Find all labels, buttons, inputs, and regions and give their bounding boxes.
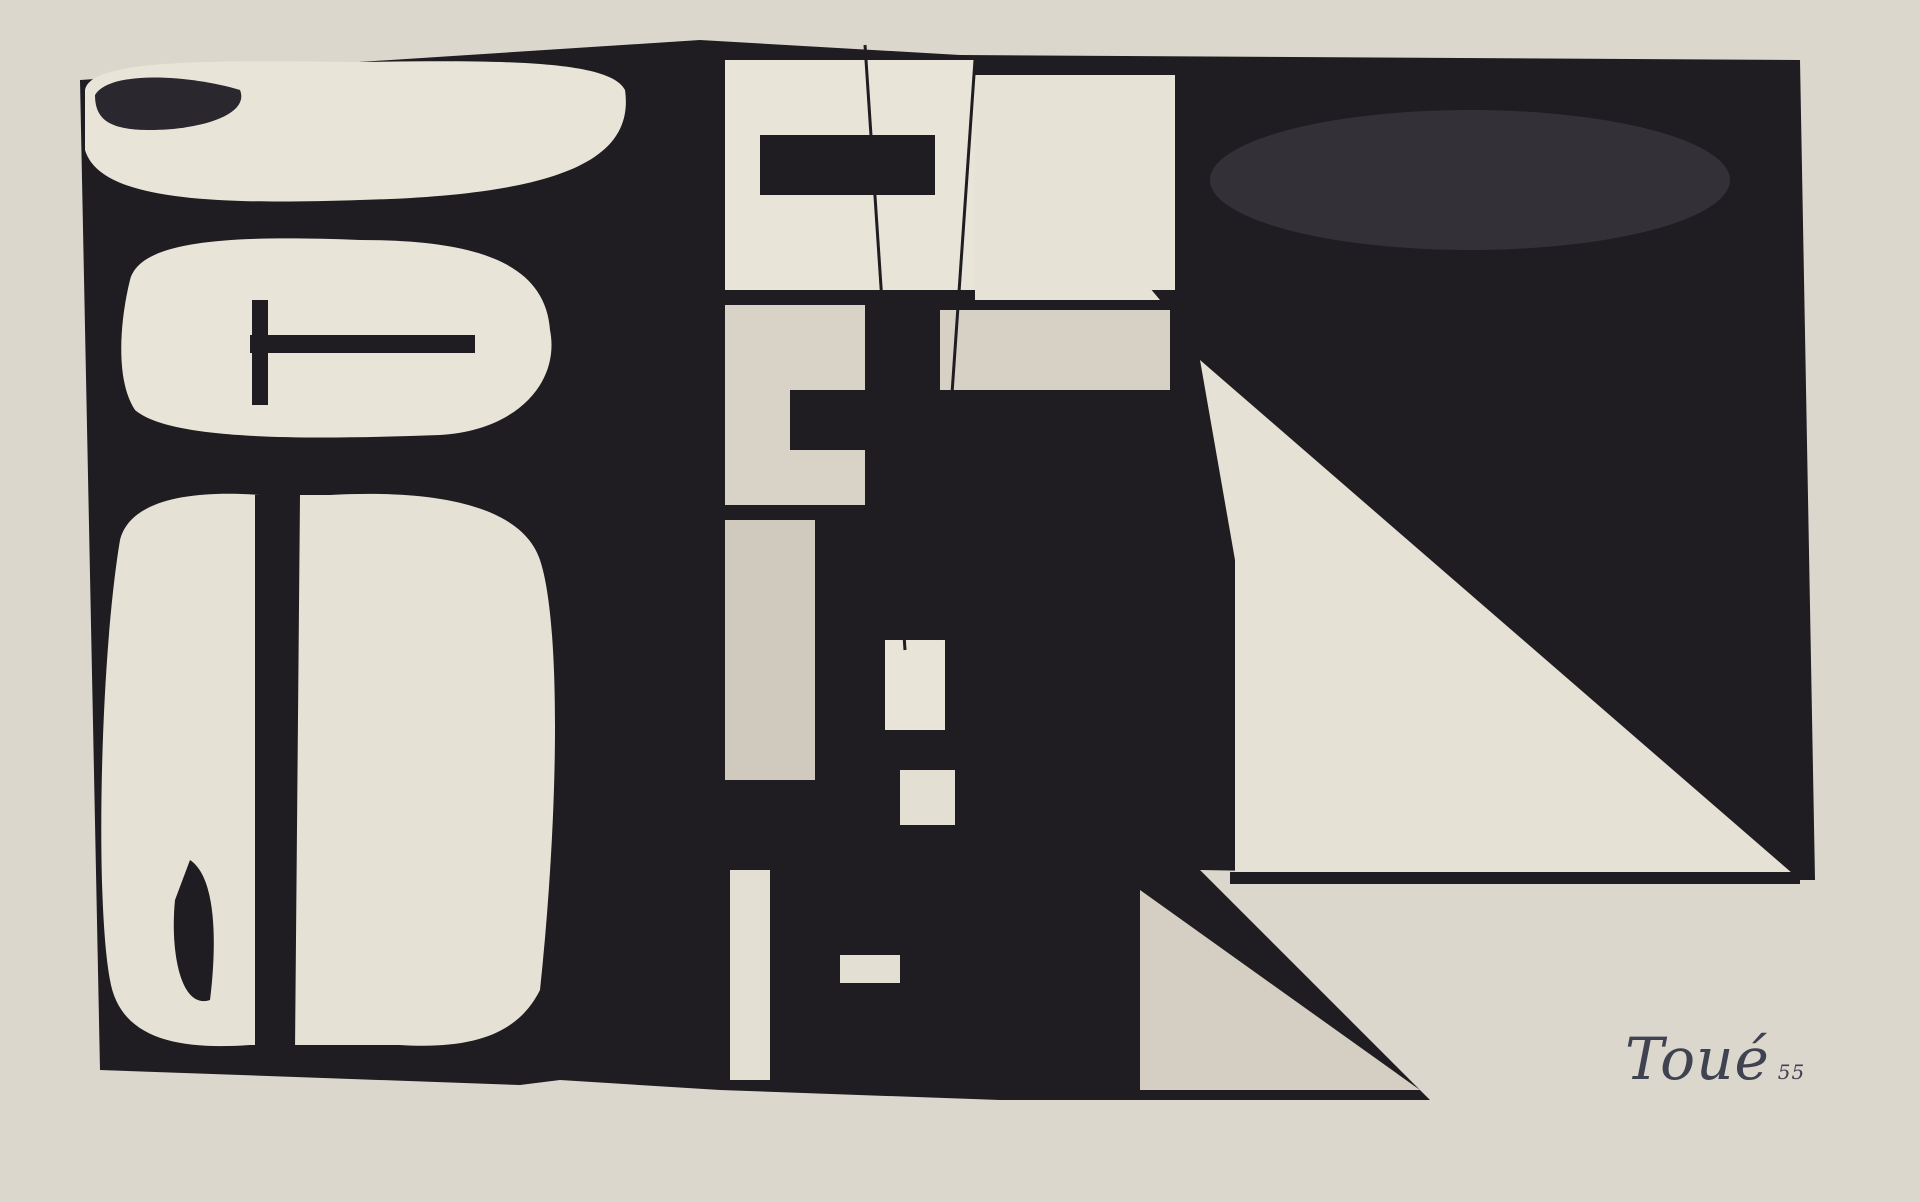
artist-signature: Toué55	[1625, 1025, 1805, 1093]
signature-name: Toué	[1625, 1025, 1770, 1093]
signature-year: 55	[1778, 1060, 1805, 1084]
lithograph-artwork	[0, 0, 1920, 1202]
